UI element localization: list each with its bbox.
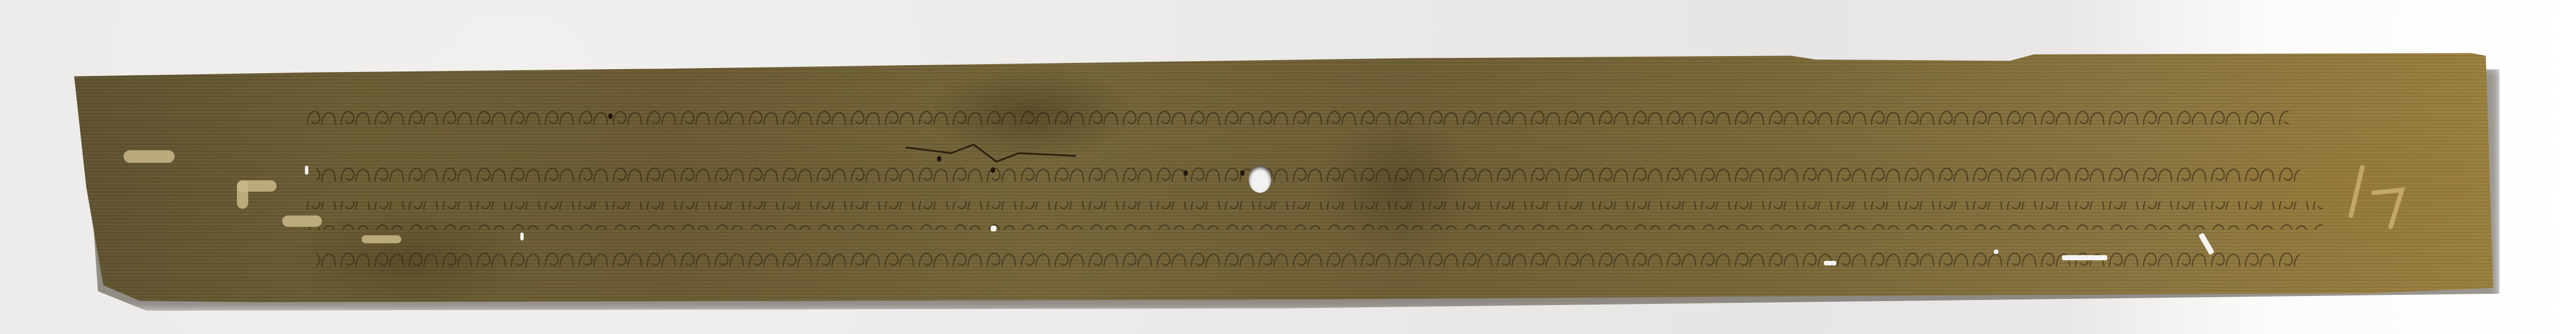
insect-hole [305,166,308,175]
insect-hole [1824,261,1836,265]
pinhole [991,167,995,173]
insect-hole [991,226,996,231]
insect-hole [2062,255,2107,260]
pinhole [1240,170,1245,176]
script-line-3 [305,201,2323,230]
incised-script [67,45,2496,303]
worm-damage [237,180,248,209]
margin-mark-right [2351,167,2402,227]
insect-hole [520,232,524,240]
script-line-4 [316,247,2300,275]
binding-hole [1249,166,1271,193]
palm-leaf [67,45,2496,303]
worm-damage [124,150,175,163]
pinhole [1183,170,1188,176]
script-line-2 [316,156,2300,184]
pinhole [937,156,941,162]
insect-hole [1994,250,1998,254]
worm-damage [282,215,322,227]
pinhole [608,113,613,119]
worm-damage [362,235,401,243]
script-line-1 [305,111,2289,139]
